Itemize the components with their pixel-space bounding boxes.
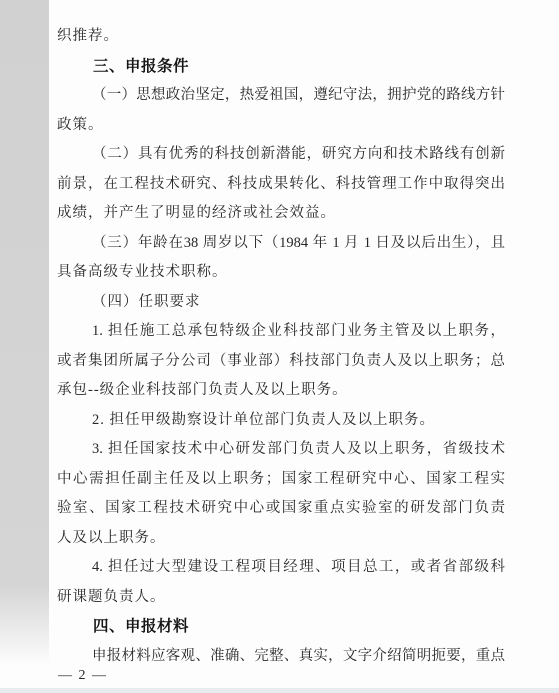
section-heading-shenbao-cailiao: 四、申报材料 xyxy=(57,612,505,642)
text-line: （一）思想政治坚定，热爱祖国，遵纪守法，拥护党的路线方针 xyxy=(57,81,505,111)
text-line: （三）年龄在38 周岁以下（1984 年 1 月 1 日及以后出生），且 xyxy=(57,229,505,259)
scan-edge-bottom xyxy=(0,688,559,693)
document-page: 织推荐。 三、申报条件 （一）思想政治坚定，热爱祖国，遵纪守法，拥护党的路线方针… xyxy=(0,0,559,693)
text-line: 研课题负责人。 xyxy=(57,583,505,613)
text-line: 人及以上职务。 xyxy=(57,524,505,554)
text-line: 政策。 xyxy=(57,111,505,141)
text-line: 3. 担任国家技术中心研发部门负责人及以上职务，省级技术 xyxy=(57,435,505,465)
document-content: 织推荐。 三、申报条件 （一）思想政治坚定，热爱祖国，遵纪守法，拥护党的路线方针… xyxy=(57,22,505,671)
scan-edge-left xyxy=(0,0,49,666)
text-line: （四）任职要求 xyxy=(57,288,505,318)
text-line: 验室、国家工程技术研究中心或国家重点实验室的研发部门负责 xyxy=(57,494,505,524)
text-line: 具备高级专业技术职称。 xyxy=(57,258,505,288)
text-line: （二）具有优秀的科技创新潜能，研究方向和技术路线有创新 xyxy=(57,140,505,170)
text-line: 承包--级企业科技部门负责人及以上职务。 xyxy=(57,376,505,406)
text-line: 前景，在工程技术研究、科技成果转化、科技管理工作中取得突出 xyxy=(57,170,505,200)
text-line: 织推荐。 xyxy=(57,22,505,52)
text-line: 或者集团所属子分公司（事业部）科技部门负责人及以上职务；总 xyxy=(57,347,505,377)
text-line: 4. 担任过大型建设工程项目经理、项目总工，或者省部级科 xyxy=(57,553,505,583)
section-heading-shenbao-tiaojian: 三、申报条件 xyxy=(57,52,505,82)
text-line: 2. 担任甲级勘察设计单位部门负责人及以上职务。 xyxy=(57,406,505,436)
text-line: 1. 担任施工总承包特级企业科技部门业务主管及以上职务， xyxy=(57,317,505,347)
text-line: 申报材料应客观、准确、完整、真实，文字介绍简明扼要，重点 xyxy=(57,642,505,672)
text-line: 成绩，并产生了明显的经济或社会效益。 xyxy=(57,199,505,229)
page-number: — 2 — xyxy=(58,664,108,688)
text-line: 中心需担任副主任及以上职务；国家工程研究中心、国家工程实 xyxy=(57,465,505,495)
